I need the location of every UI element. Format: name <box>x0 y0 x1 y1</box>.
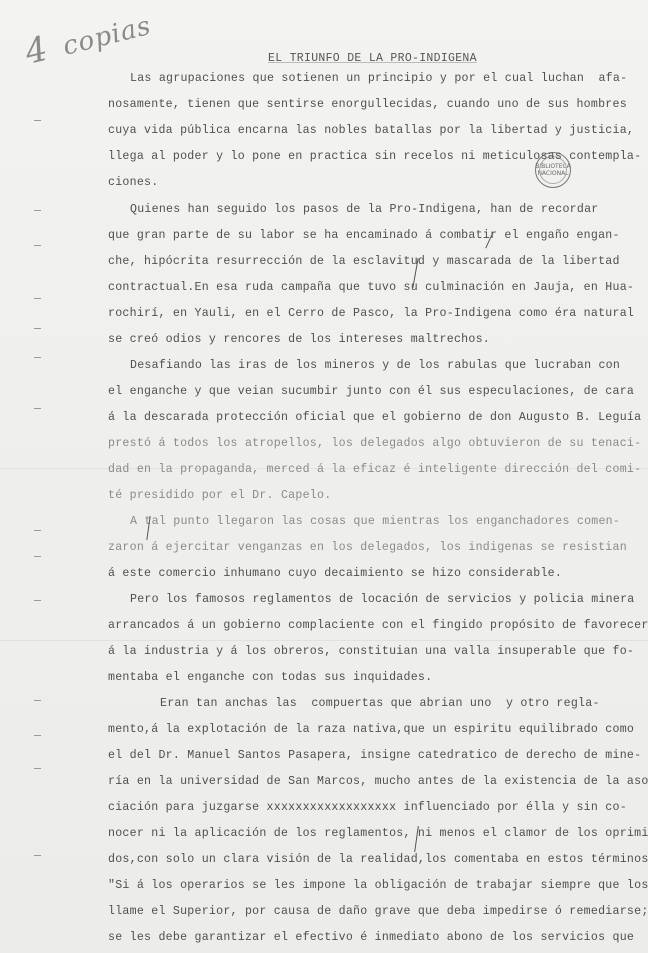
text-line: cuya vida pública encarna las nobles bat… <box>108 124 634 137</box>
text-line: á este comercio inhumano cuyo decaimient… <box>108 567 562 580</box>
text-line: té presidido por el Dr. Capelo. <box>108 489 331 502</box>
text-line: arrancados á un gobierno complaciente co… <box>108 619 648 632</box>
margin-dash-mark <box>34 735 41 736</box>
text-line: prestó á todos los atropellos, los deleg… <box>108 437 641 450</box>
margin-dash-mark <box>34 245 41 246</box>
text-line: el enganche y que veian sucumbir junto c… <box>108 385 634 398</box>
margin-dash-mark <box>34 210 41 211</box>
text-line: ría en la universidad de San Marcos, muc… <box>108 775 648 788</box>
paper-fold <box>0 640 648 641</box>
handwritten-annotation: 4 copias <box>21 3 155 73</box>
text-line: ciones. <box>108 176 158 189</box>
text-line: dos,con solo un clara visión de la reali… <box>108 853 648 866</box>
text-line: se creó odios y rencores de los interese… <box>108 333 490 346</box>
text-line: ciación para juzgarse xxxxxxxxxxxxxxxxxx… <box>108 801 627 814</box>
margin-dash-mark <box>34 556 41 557</box>
text-line: Las agrupaciones que sotienen un princip… <box>130 72 627 85</box>
handwritten-text: copias <box>60 11 155 62</box>
document-page: 4 copias EL TRIUNFO DE LA PRO-INDIGENA B… <box>0 0 648 953</box>
margin-dash-mark <box>34 700 41 701</box>
text-line: Quienes han seguido los pasos de la Pro-… <box>130 203 598 216</box>
text-line: Desafiando las iras de los mineros y de … <box>130 359 620 372</box>
text-line: Eran tan anchas las compuertas que abria… <box>160 697 600 710</box>
text-line: mento,á la explotación de la raza nativa… <box>108 723 634 736</box>
margin-dash-mark <box>34 530 41 531</box>
margin-dash-mark <box>34 120 41 121</box>
text-line: llame el Superior, por causa de daño gra… <box>108 905 648 918</box>
text-line: contractual.En esa ruda campaña que tuvo… <box>108 281 634 294</box>
stamp-text: BIBLIOTECA NACIONAL <box>535 163 571 177</box>
text-line: que gran parte de su labor se ha encamin… <box>108 229 620 242</box>
text-line: zaron á ejercitar venganzas en los deleg… <box>108 541 627 554</box>
text-line: nocer ni la aplicación de los reglamento… <box>108 827 648 840</box>
margin-dash-mark <box>34 600 41 601</box>
margin-dash-mark <box>34 855 41 856</box>
text-line: A tal punto llegaron las cosas que mient… <box>130 515 620 528</box>
text-line: Pero los famosos reglamentos de locación… <box>130 593 635 606</box>
margin-dash-mark <box>34 408 41 409</box>
margin-dash-mark <box>34 768 41 769</box>
text-line: rochirí, en Yauli, en el Cerro de Pasco,… <box>108 307 634 320</box>
document-title: EL TRIUNFO DE LA PRO-INDIGENA <box>268 52 477 65</box>
text-line: nosamente, tienen que sentirse enorgulle… <box>108 98 627 111</box>
handwritten-number: 4 <box>21 29 53 73</box>
text-line: se les debe garantizar el efectivo é inm… <box>108 931 634 944</box>
text-line: el del Dr. Manuel Santos Pasapera, insig… <box>108 749 641 762</box>
text-line: dad en la propaganda, merced á la eficaz… <box>108 463 641 476</box>
margin-dash-mark <box>34 328 41 329</box>
margin-dash-mark <box>34 357 41 358</box>
text-line: che, hipócrita resurrección de la esclav… <box>108 255 620 268</box>
margin-dash-mark <box>34 298 41 299</box>
text-line: á la industria y á los obreros, constitu… <box>108 645 634 658</box>
text-line: á la descarada protección oficial que el… <box>108 411 641 424</box>
text-line: mentaba el enganche con todas sus inquid… <box>108 671 432 684</box>
text-line: llega al poder y lo pone en practica sin… <box>108 150 641 163</box>
text-line: "Si á los operarios se les impone la obl… <box>108 879 648 892</box>
